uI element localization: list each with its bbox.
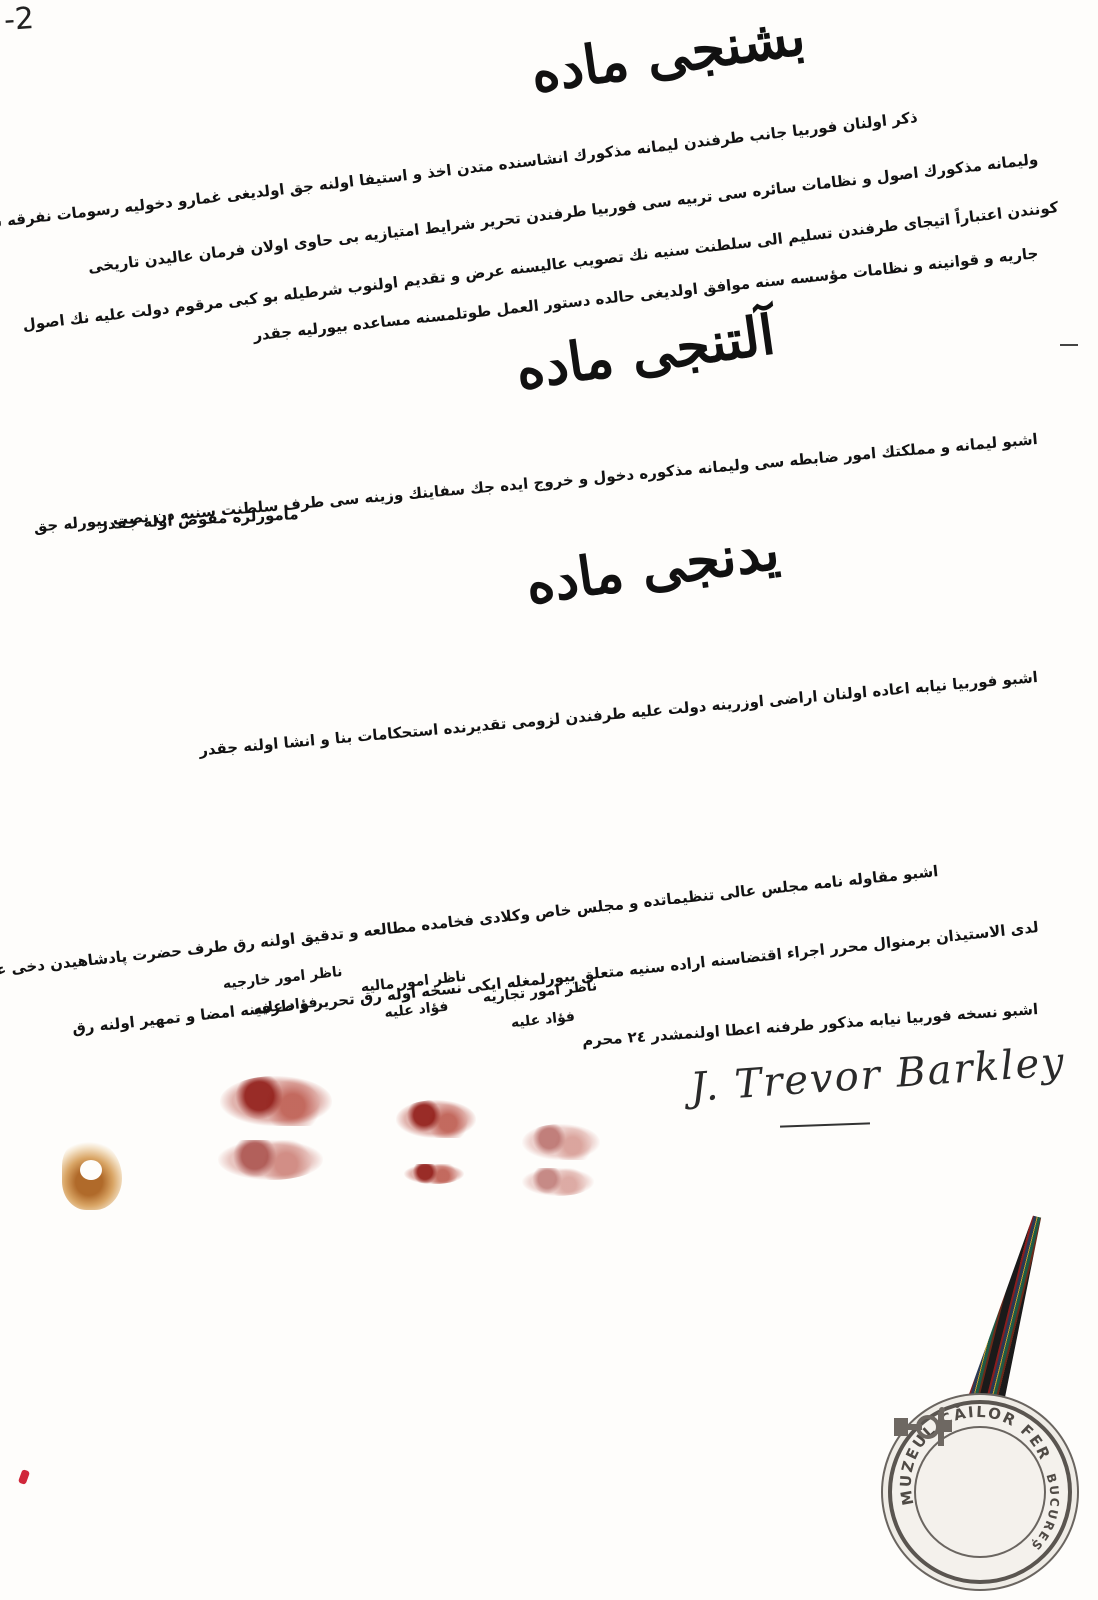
wax-seal — [396, 1100, 476, 1138]
wax-seal — [522, 1168, 594, 1196]
signature: J. Trevor Barkley — [689, 1039, 1067, 1111]
red-ink-mark — [18, 1469, 30, 1485]
witness-block: ناظر امور مالیه فؤاد علیه — [359, 963, 470, 1030]
witness-block: ناظر امور تجاریه فؤاد علیه — [481, 972, 601, 1040]
document-page: -2 بشنجی ماده ذکر اولنان فوربیا جانب طرف… — [0, 0, 1098, 1600]
wax-seal — [404, 1164, 464, 1184]
witness-block: ناظر امور خارجیه فؤاد علیه — [221, 958, 346, 1026]
closing-line: اشبو مقاوله نامه مجلس عالی تنظیماتده و م… — [0, 862, 939, 985]
article-7-line: اشبو فوربیا نیابه اعاده اولنان اراضی اوز… — [199, 668, 1039, 759]
page-number: -2 — [3, 1, 35, 38]
article-5-heading: بشنجی ماده — [527, 3, 809, 105]
wax-seal — [218, 1140, 323, 1180]
edge-mark — [1060, 344, 1078, 346]
article-6-heading: آلتنجی ماده — [512, 302, 779, 402]
article-7-heading: یدنجی ماده — [522, 518, 783, 617]
closing-line: اشبو نسخه فوربیا نیابه مذکور طرفنه اعطا … — [581, 1000, 1038, 1050]
museum-stamp: MUZEUL CĂILOR FERATE BUCUREȘTI — [888, 1400, 1072, 1584]
wax-fragment — [62, 1140, 122, 1210]
signature-underline — [780, 1122, 870, 1127]
locomotive-emblem-icon — [892, 1404, 954, 1450]
wax-seal — [220, 1076, 332, 1126]
wax-seal — [522, 1124, 600, 1160]
